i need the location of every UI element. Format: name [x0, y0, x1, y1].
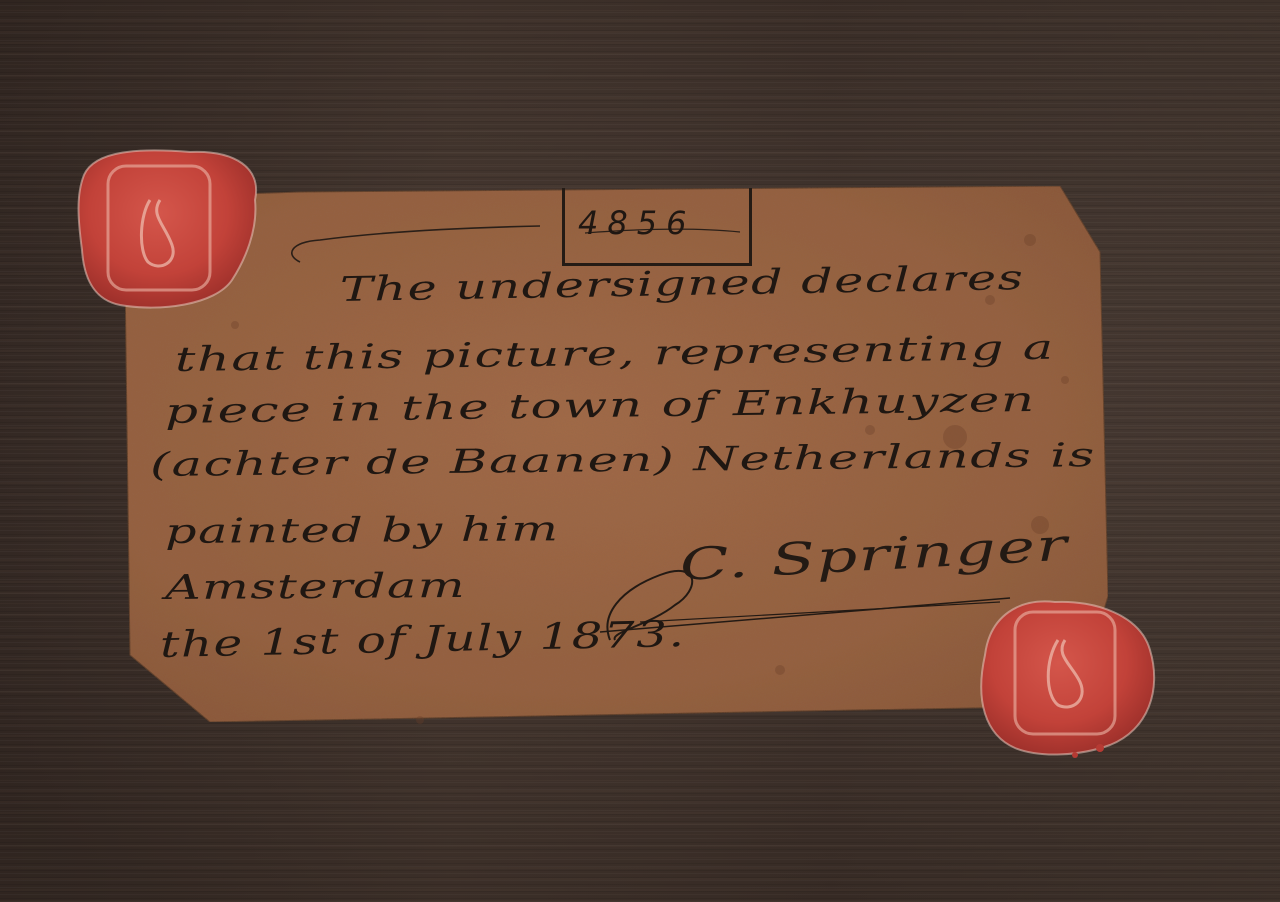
handwritten-line-5: painted by him — [165, 509, 560, 552]
wax-seal-icon — [981, 601, 1154, 758]
wax-seal-icon — [79, 150, 257, 307]
inventory-number: 4856 — [578, 204, 695, 242]
handwritten-line-6: Amsterdam — [165, 566, 466, 608]
